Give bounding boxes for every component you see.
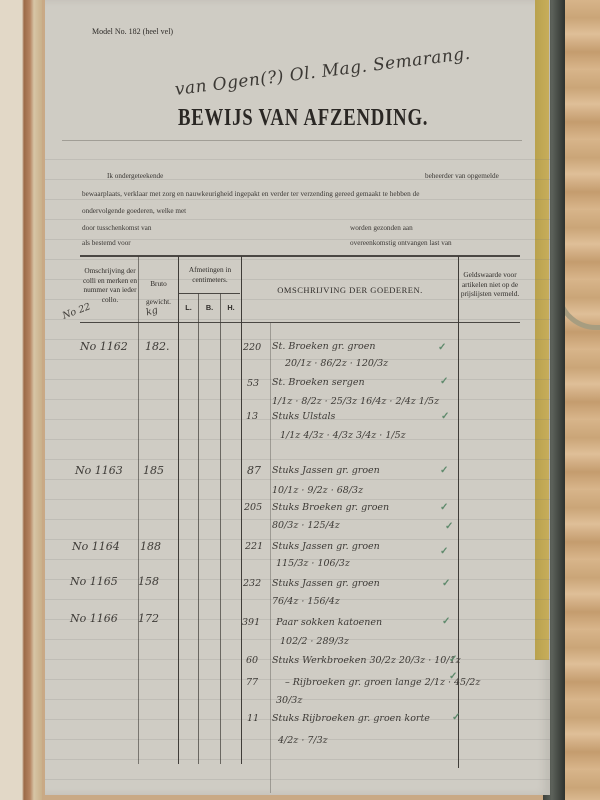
line-qty: 221 xyxy=(245,541,263,552)
collo-weight: 185 xyxy=(143,464,164,477)
line-desc: 80/3z · 125/4z xyxy=(272,520,340,531)
line-desc: 1/1z · 8/2z · 25/3z 16/4z · 2/4z 1/5z xyxy=(272,396,439,407)
check-mark-icon: ✓ xyxy=(438,342,446,353)
collo-number: No 1164 xyxy=(72,540,120,553)
line-desc: Paar sokken katoenen xyxy=(276,617,382,628)
page-title: BEWIJS VAN AFZENDING. xyxy=(178,105,428,132)
left-book-page xyxy=(0,0,42,800)
line-desc: 102/2 · 289/3z xyxy=(280,636,349,647)
header-l: L. xyxy=(179,303,198,313)
col-divider-bruto xyxy=(178,256,179,764)
intro-line-4-left: door tusschenkomst van xyxy=(82,224,151,232)
table-top-rule xyxy=(80,255,520,257)
collo-number: No 1162 xyxy=(80,340,128,353)
check-mark-icon: ✓ xyxy=(441,411,449,422)
collo-number: No 1166 xyxy=(70,612,118,625)
line-desc: St. Broeken gr. groen xyxy=(272,341,375,352)
table-header-bottom-rule xyxy=(80,322,520,323)
line-desc: 30/3z xyxy=(276,695,302,706)
line-qty: 232 xyxy=(243,578,261,589)
header-geldswaarde: Geldswaarde voor artikelen niet op de pr… xyxy=(459,270,521,299)
col-divider-h xyxy=(241,256,242,764)
title-rule xyxy=(62,140,522,141)
check-mark-icon: ✓ xyxy=(452,712,460,723)
header-colli: Omschrijving der colli en merken en numm… xyxy=(82,266,138,304)
check-mark-icon: ✓ xyxy=(442,616,450,627)
collo-number: No 1165 xyxy=(70,575,118,588)
check-mark-icon: ✓ xyxy=(449,654,457,665)
check-mark-icon: ✓ xyxy=(449,671,457,682)
line-desc: Stuks Ulstals xyxy=(272,411,335,422)
header-bruto: Bruto gewicht. xyxy=(140,275,177,311)
line-desc: 1/1z 4/3z · 4/3z 3/4z · 1/5z xyxy=(280,430,406,441)
col-divider-geldswaarde xyxy=(458,256,459,768)
intro-line-1-left: Ik ondergeteekende xyxy=(107,172,163,180)
header-h: H. xyxy=(221,303,241,313)
line-desc: Stuks Rijbroeken gr. groen korte xyxy=(272,713,430,724)
line-desc: 4/2z · 7/3z xyxy=(278,735,328,746)
line-desc: St. Broeken sergen xyxy=(272,377,365,388)
col-divider-b xyxy=(220,293,221,764)
collo-weight: 158 xyxy=(138,575,159,588)
check-mark-icon: ✓ xyxy=(440,502,448,513)
line-qty: 77 xyxy=(246,677,258,688)
line-desc: Stuks Jassen gr. groen xyxy=(272,578,380,589)
col-divider-l xyxy=(198,293,199,764)
collo-weight: 188 xyxy=(140,540,161,553)
collo-weight: 182. xyxy=(145,340,170,353)
intro-line-1-right: beheerder van opgemelde xyxy=(425,172,499,180)
line-qty: 87 xyxy=(247,464,261,477)
check-mark-icon: ✓ xyxy=(440,376,448,387)
line-desc: Stuks Jassen gr. groen xyxy=(272,541,380,552)
line-desc: Stuks Werkbroeken 30/2z 20/3z · 10/1z xyxy=(272,655,461,666)
line-desc: Stuks Broeken gr. groen xyxy=(272,502,389,513)
header-afmetingen: Afmetingen in centimeters. xyxy=(179,265,241,284)
check-mark-icon: ✓ xyxy=(440,465,448,476)
line-qty: 220 xyxy=(243,342,261,353)
line-qty: 53 xyxy=(247,378,259,389)
line-qty: 205 xyxy=(244,502,262,513)
line-desc: 20/1z · 86/2z · 120/3z xyxy=(285,358,388,369)
col-divider-qty xyxy=(270,323,271,793)
intro-line-3: ondervolgende goederen, welke met xyxy=(82,207,186,215)
col-divider-colli xyxy=(138,256,139,764)
intro-line-2: bewaarplaats, verklaar met zorg en nauwk… xyxy=(82,190,522,198)
line-desc: 10/1z · 9/2z · 68/3z xyxy=(272,485,363,496)
header-b: B. xyxy=(199,303,220,313)
intro-line-4-right: worden gezonden aan xyxy=(350,224,413,232)
intro-line-5-left: als bestemd voor xyxy=(82,239,131,247)
collo-number: No 1163 xyxy=(75,464,123,477)
collo-weight: 172 xyxy=(138,612,159,625)
line-desc: 115/3z · 106/3z xyxy=(276,558,350,569)
line-qty: 60 xyxy=(246,655,258,666)
line-qty: 13 xyxy=(246,411,258,422)
intro-line-5-right: overeenkomstig ontvangen last van xyxy=(350,239,452,247)
check-mark-icon: ✓ xyxy=(445,521,453,532)
line-desc: 76/4z · 156/4z xyxy=(272,596,340,607)
line-qty: 11 xyxy=(247,713,259,724)
check-mark-icon: ✓ xyxy=(442,578,450,589)
model-number: Model No. 182 (heel vel) xyxy=(92,27,173,36)
dimensions-sub-rule xyxy=(178,293,240,294)
header-omschrijving: OMSCHRIJVING DER GOEDEREN. xyxy=(242,286,458,296)
check-mark-icon: ✓ xyxy=(440,546,448,557)
line-desc: Stuks Jassen gr. groen xyxy=(272,465,380,476)
line-qty: 391 xyxy=(242,617,260,628)
